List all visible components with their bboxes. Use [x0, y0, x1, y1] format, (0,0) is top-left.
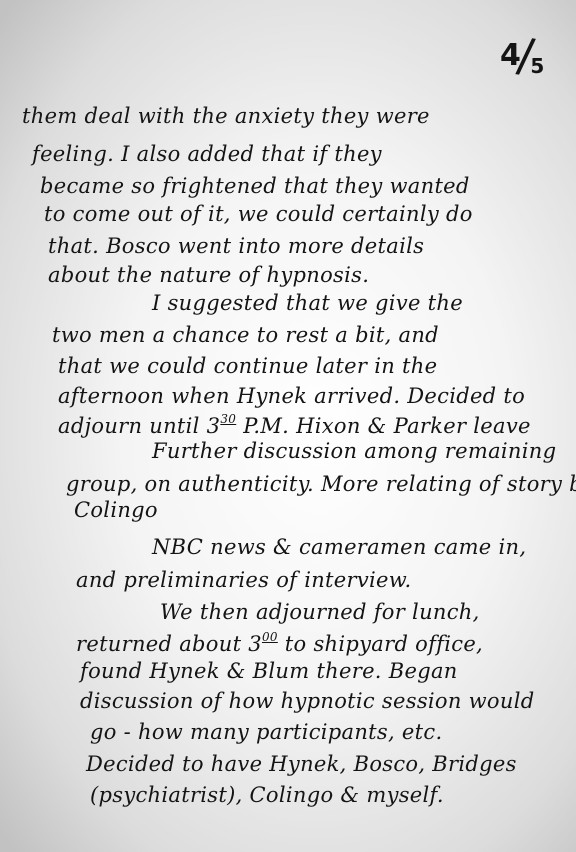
text-line: (psychiatrist), Colingo & myself. — [90, 785, 444, 806]
text-line: that we could continue later in the — [58, 356, 437, 377]
text-line: NBC news & cameramen came in, — [152, 537, 526, 558]
text-line: and preliminaries of interview. — [76, 570, 412, 591]
text-line-returned: returned about 300 to shipyard office, — [76, 631, 483, 655]
text-line: found Hynek & Blum there. Began — [80, 661, 458, 682]
text-line: to come out of it, we could certainly do — [44, 204, 473, 225]
text-line: them deal with the anxiety they were — [22, 106, 430, 127]
page-number: 4/5 — [500, 22, 543, 78]
text-line-adjourn: adjourn until 330 P.M. Hixon & Parker le… — [58, 413, 531, 437]
text-returned-tail: to shipyard office, — [278, 632, 483, 656]
text-line: became so frightened that they wanted — [40, 176, 470, 197]
text-line: Decided to have Hynek, Bosco, Bridges — [86, 754, 517, 775]
text-line: afternoon when Hynek arrived. Decided to — [58, 386, 525, 407]
text-adjourn-tail: P.M. Hixon & Parker leave — [236, 414, 531, 438]
text-line: that. Bosco went into more details — [48, 236, 424, 257]
text-line: feeling. I also added that if they — [32, 144, 382, 165]
text-line: go - how many participants, etc. — [90, 722, 442, 743]
text-returned-prefix: returned about 3 — [76, 632, 262, 656]
text-adjourn-prefix: adjourn until 3 — [58, 414, 220, 438]
text-line: two men a chance to rest a bit, and — [52, 325, 439, 346]
text-line: about the nature of hypnosis. — [48, 265, 369, 286]
text-line: We then adjourned for lunch, — [160, 602, 480, 623]
text-line: discussion of how hypnotic session would — [80, 691, 534, 712]
text-line: Colingo — [74, 500, 158, 521]
handwritten-page: 4/5 them deal with the anxiety they were… — [0, 0, 576, 852]
text-line: group, on authenticity. More relating of… — [66, 474, 576, 495]
text-line: Further discussion among remaining — [152, 441, 556, 462]
text-line: I suggested that we give the — [152, 293, 463, 314]
time-superscript: 30 — [220, 412, 236, 426]
time-superscript: 00 — [262, 630, 278, 644]
